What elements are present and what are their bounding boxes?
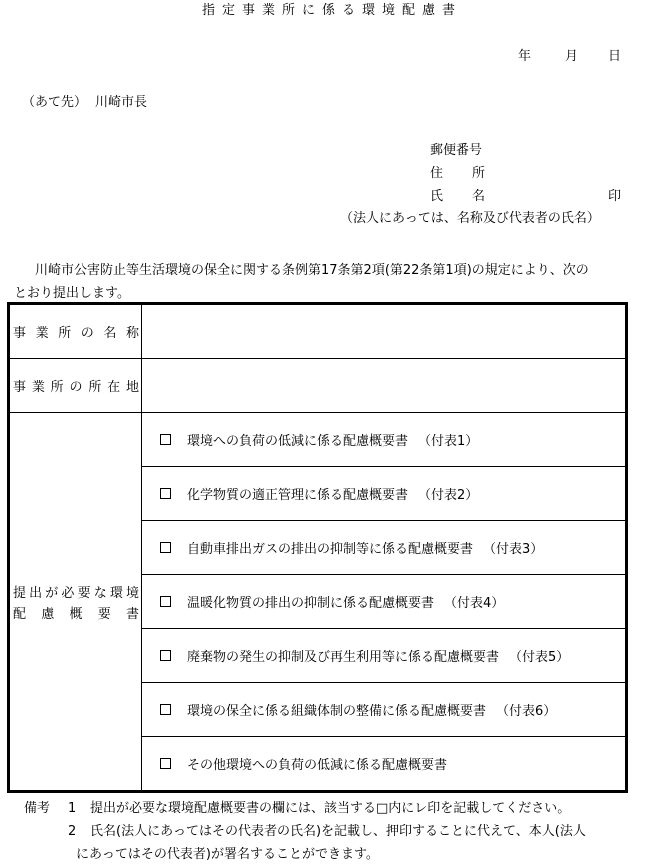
note-2-number: 2 xyxy=(68,824,76,840)
label-char: 業 xyxy=(32,376,45,395)
checkbox-icon[interactable] xyxy=(160,488,171,499)
addressee-name: 川崎市長 xyxy=(95,95,147,110)
item-label: 温暖化物質の排出の抑制に係る配慮概要書 xyxy=(187,592,434,611)
notes-heading: 備考 xyxy=(24,801,50,817)
label-char: 出 xyxy=(29,582,42,601)
postal-code-label: 郵便番号 xyxy=(430,143,482,159)
required-doc-item-6: 環境の保全に係る組織体制の整備に係る配慮概要書 （付表6） xyxy=(142,683,627,737)
item-label: 廃棄物の発生の抑制及び再生利用等に係る配慮概要書 xyxy=(187,646,499,665)
note-1-number: 1 xyxy=(68,801,76,817)
required-doc-item-5: 廃棄物の発生の抑制及び再生利用等に係る配慮概要書 （付表5） xyxy=(142,629,627,683)
checkbox-icon[interactable] xyxy=(160,596,171,607)
required-doc-item-2: 化学物質の適正管理に係る配慮概要書 （付表2） xyxy=(142,467,627,521)
label-char: 在 xyxy=(107,376,120,395)
form-table: 事業所の名称 事業所の所在地 提出が必要な環境 配慮概要書 環境への負荷の低減に… xyxy=(7,302,628,793)
label-char: 環 xyxy=(110,582,123,601)
item-ref: （付表4） xyxy=(444,592,504,611)
label-char: の xyxy=(81,322,94,341)
item-label: 化学物質の適正管理に係る配慮概要書 xyxy=(187,484,408,503)
label-char: 要 xyxy=(98,603,111,622)
checkbox-icon[interactable] xyxy=(160,542,171,553)
label-char: 概 xyxy=(69,603,82,622)
label-char: 境 xyxy=(126,582,139,601)
office-location-field[interactable] xyxy=(142,359,627,413)
required-doc-row: 提出が必要な環境 配慮概要書 環境への負荷の低減に係る配慮概要書 （付表1） xyxy=(9,413,627,467)
label-char: の xyxy=(69,376,82,395)
checkbox-icon[interactable] xyxy=(160,758,171,769)
item-ref: （付表3） xyxy=(483,538,543,557)
addressee: （あて先）川崎市長 xyxy=(22,95,147,111)
label-char: 要 xyxy=(78,582,91,601)
checkbox-icon[interactable] xyxy=(160,704,171,715)
office-name-label: 事業所の名称 xyxy=(9,304,142,359)
item-ref: （付表2） xyxy=(418,484,478,503)
item-label: 環境への負荷の低減に係る配慮概要書 xyxy=(187,430,408,449)
date-day-label: 日 xyxy=(608,49,621,65)
label-char: 事 xyxy=(13,322,26,341)
required-doc-item-4: 温暖化物質の排出の抑制に係る配慮概要書 （付表4） xyxy=(142,575,627,629)
label-char: 所 xyxy=(51,376,64,395)
checkbox-icon[interactable] xyxy=(160,434,171,445)
required-doc-item-1: 環境への負荷の低減に係る配慮概要書 （付表1） xyxy=(142,413,627,467)
name-label-2: 名 xyxy=(472,189,485,205)
intro-paragraph: 川崎市公害防止等生活環境の保全に関する条例第17条第2項(第22条第1項)の規定… xyxy=(14,259,657,305)
addressee-prefix: （あて先） xyxy=(22,95,87,110)
item-ref: （付表6） xyxy=(496,700,556,719)
office-location-label: 事業所の所在地 xyxy=(9,359,142,413)
seal-label: 印 xyxy=(608,189,621,205)
label-char: が xyxy=(45,582,58,601)
date-year-label: 年 xyxy=(518,49,531,65)
label-char: 所 xyxy=(88,376,101,395)
document-title: 指定事業所に係る環境配慮書 xyxy=(0,3,657,19)
label-char: 事 xyxy=(13,376,26,395)
note-2-text-line-1: 氏名(法人にあってはその代表者の氏名)を記載し、押印することに代えて、本人(法人 xyxy=(90,824,586,840)
label-char: 称 xyxy=(126,322,139,341)
required-docs-label: 提出が必要な環境 配慮概要書 xyxy=(9,413,142,792)
office-name-row: 事業所の名称 xyxy=(9,304,627,359)
label-char: 慮 xyxy=(41,603,54,622)
item-label: 自動車排出ガスの排出の抑制等に係る配慮概要書 xyxy=(187,538,473,557)
note-1-text: 提出が必要な環境配慮概要書の欄には、該当する□内にレ印を記載してください。 xyxy=(90,801,570,817)
name-label-1: 氏 xyxy=(430,189,443,205)
checkbox-icon[interactable] xyxy=(160,650,171,661)
note-2-text-line-2: にあってはその代表者)が署名することができます。 xyxy=(76,847,379,863)
label-char: な xyxy=(94,582,107,601)
label-char: 業 xyxy=(36,322,49,341)
item-label: 環境の保全に係る組織体制の整備に係る配慮概要書 xyxy=(187,700,486,719)
label-char: 名 xyxy=(103,322,116,341)
date-month-label: 月 xyxy=(565,49,578,65)
office-name-field[interactable] xyxy=(142,304,627,359)
label-char: 所 xyxy=(58,322,71,341)
item-ref: （付表1） xyxy=(418,430,478,449)
required-doc-item-7: その他環境への負荷の低減に係る配慮概要書 xyxy=(142,737,627,792)
label-char: 配 xyxy=(13,603,26,622)
label-char: 提 xyxy=(13,582,26,601)
item-ref: （付表5） xyxy=(509,646,569,665)
corporate-note: （法人にあっては、名称及び代表者の氏名） xyxy=(340,211,600,227)
label-char: 必 xyxy=(61,582,74,601)
label-char: 書 xyxy=(126,603,139,622)
office-location-row: 事業所の所在地 xyxy=(9,359,627,413)
label-char: 地 xyxy=(126,376,139,395)
required-doc-item-3: 自動車排出ガスの排出の抑制等に係る配慮概要書 （付表3） xyxy=(142,521,627,575)
intro-line-1: 川崎市公害防止等生活環境の保全に関する条例第17条第2項(第22条第1項)の規定… xyxy=(14,259,657,282)
address-label-2: 所 xyxy=(472,166,485,182)
address-label-1: 住 xyxy=(430,166,443,182)
item-label: その他環境への負荷の低減に係る配慮概要書 xyxy=(187,754,447,773)
